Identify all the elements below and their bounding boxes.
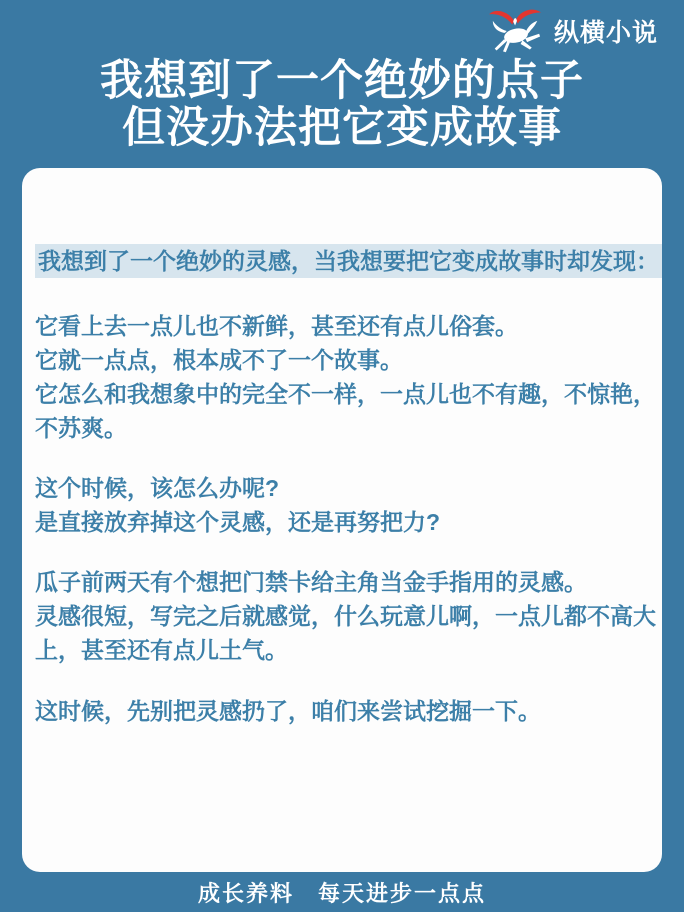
title-line-1: 我想到了一个绝妙的点子 — [0, 58, 684, 105]
title-line-2: 但没办法把它变成故事 — [0, 105, 684, 152]
paragraph-1: 它看上去一点儿也不新鲜，甚至还有点儿俗套。 它就一点点，根本成不了一个故事。 它… — [35, 309, 649, 445]
text-line: 灵感很短，写完之后就感觉，什么玩意儿啊，一点儿都不高大 — [35, 599, 649, 633]
text-line: 它看上去一点儿也不新鲜，甚至还有点儿俗套。 — [35, 309, 649, 343]
brand-name: 纵横小说 — [554, 13, 658, 49]
promo-poster: 纵横小说 我想到了一个绝妙的点子 但没办法把它变成故事 我想到了一个绝妙的灵感，… — [0, 0, 684, 912]
text-line: 它怎么和我想象中的完全不一样，一点儿也不有趣，不惊艳， — [35, 377, 649, 411]
brand-logo: 纵横小说 — [483, 6, 658, 56]
paragraph-3: 瓜子前两天有个想把门禁卡给主角当金手指用的灵感。 灵感很短，写完之后就感觉，什么… — [35, 565, 649, 667]
text-line: 这个时候，该怎么办呢? — [35, 471, 649, 505]
text-line: 不苏爽。 — [35, 411, 649, 445]
page-title: 我想到了一个绝妙的点子 但没办法把它变成故事 — [0, 58, 684, 152]
intro-line: 我想到了一个绝妙的灵感，当我想要把它变成故事时却发现： — [35, 244, 649, 278]
paragraph-2: 这个时候，该怎么办呢? 是直接放弃掉这个灵感，还是再努把力? — [35, 471, 649, 539]
pegasus-book-icon — [483, 6, 549, 56]
text-line: 这时候，先别把灵感扔了，咱们来尝试挖掘一下。 — [35, 694, 649, 728]
text-line: 它就一点点，根本成不了一个故事。 — [35, 343, 649, 377]
text-line: 上，甚至还有点儿土气。 — [35, 633, 649, 667]
footer-slogan: 成长养料 每天进步一点点 — [0, 877, 684, 908]
text-line: 瓜子前两天有个想把门禁卡给主角当金手指用的灵感。 — [35, 565, 649, 599]
text-line: 是直接放弃掉这个灵感，还是再努把力? — [35, 505, 649, 539]
paragraph-4: 这时候，先别把灵感扔了，咱们来尝试挖掘一下。 — [35, 694, 649, 728]
highlighted-text: 我想到了一个绝妙的灵感，当我想要把它变成故事时却发现： — [35, 244, 662, 278]
content-card: 我想到了一个绝妙的灵感，当我想要把它变成故事时却发现： 它看上去一点儿也不新鲜，… — [22, 168, 662, 872]
